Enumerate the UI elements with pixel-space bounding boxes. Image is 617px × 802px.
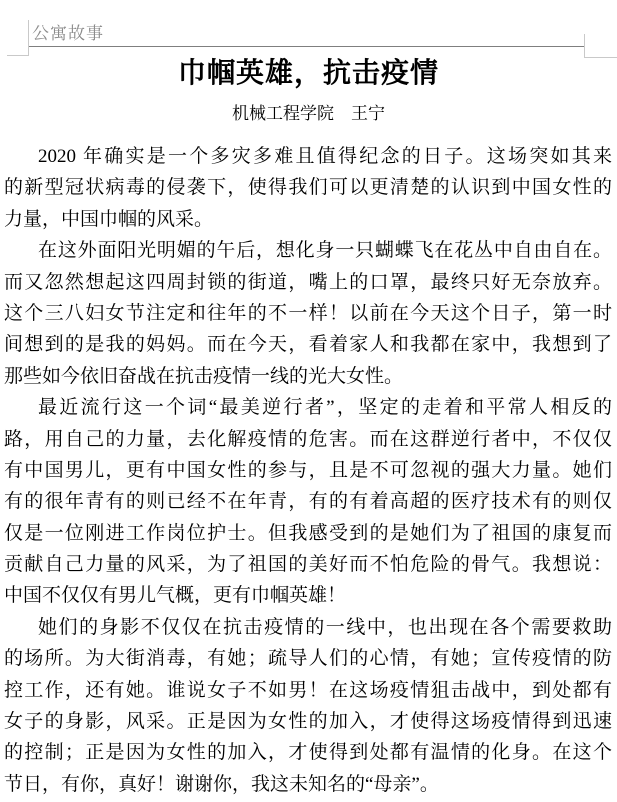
- header-rule: [28, 46, 584, 47]
- paragraph-4: 她们的身影不仅仅在抗击疫情的一线中，也出现在各个需要救助的场所。为大街消毒，有她…: [4, 612, 612, 800]
- document-body: 2020 年确实是一个多灾多难且值得纪念的日子。这场突如其来的新型冠状病毒的侵袭…: [4, 141, 612, 800]
- body-line: 路，用自己的力量，去化解疫情的危害。而在这群逆行者中，不仅仅: [4, 424, 612, 455]
- body-line: 女子的身影，风采。正是因为女性的加入，才使得这场疫情得到迅速: [4, 706, 612, 737]
- body-line: 间想到的是我的妈妈。而在今天，看着家人和我都在家中，我想到了: [4, 329, 612, 360]
- body-line: 的新型冠状病毒的侵袭下，使得我们可以更清楚的认识到中国女性的: [4, 172, 612, 203]
- paragraph-1: 2020 年确实是一个多灾多难且值得纪念的日子。这场突如其来的新型冠状病毒的侵袭…: [4, 141, 612, 235]
- body-line: 在这外面阳光明媚的午后，想化身一只蝴蝶飞在花丛中自由自在。: [4, 235, 612, 266]
- body-line: 的场所。为大街消毒，有她；疏导人们的心情，有她；宣传疫情的防: [4, 643, 612, 674]
- body-line: 2020 年确实是一个多灾多难且值得纪念的日子。这场突如其来: [4, 141, 612, 172]
- body-line: 的控制；正是因为女性的加入，才使得到处都有温情的化身。在这个: [4, 737, 612, 768]
- body-line: 贡献自己力量的风采，为了祖国的美好而不怕危险的骨气。我想说：: [4, 549, 612, 580]
- paragraph-2: 在这外面阳光明媚的午后，想化身一只蝴蝶飞在花丛中自由自在。而又忽然想起这四周封锁…: [4, 235, 612, 392]
- body-line: 力量，中国巾帼的风采。: [4, 204, 612, 235]
- margin-mark-left-vertical: [28, 20, 29, 56]
- body-line: 这个三八妇女节注定和往年的不一样！以前在今天这个日子，第一时: [4, 298, 612, 329]
- body-line: 她们的身影不仅仅在抗击疫情的一线中，也出现在各个需要救助: [4, 612, 612, 643]
- body-line: 仅是一位刚进工作岗位护士。但我感受到的是她们为了祖国的康复而: [4, 518, 612, 549]
- body-line: 最近流行这一个词“最美逆行者”，坚定的走着和平常人相反的: [4, 392, 612, 423]
- document-page: 公寓故事 巾帼英雄，抗击疫情 机械工程学院 王宁 2020 年确实是一个多灾多难…: [0, 0, 617, 802]
- document-byline: 机械工程学院 王宁: [0, 102, 617, 126]
- body-line: 而又忽然想起这四周封锁的街道，嘴上的口罩，最终只好无奈放弃。: [4, 267, 612, 298]
- body-line: 那些如今依旧奋战在抗击疫情一线的光大女性。: [4, 361, 612, 392]
- body-line: 有的很年青有的则已经不在年青，有的有着高超的医疗技术有的则仅: [4, 486, 612, 517]
- document-title: 巾帼英雄，抗击疫情: [0, 56, 617, 92]
- body-line: 中国不仅仅有男儿气概，更有巾帼英雄！: [4, 580, 612, 611]
- body-line: 节日，有你，真好！谢谢你，我这未知名的“母亲”。: [4, 769, 612, 800]
- body-line: 有中国男儿，更有中国女性的参与，且是不可忽视的强大力量。她们: [4, 455, 612, 486]
- paragraph-3: 最近流行这一个词“最美逆行者”，坚定的走着和平常人相反的路，用自己的力量，去化解…: [4, 392, 612, 612]
- body-line: 控工作，还有她。谁说女子不如男！在这场疫情狙击战中，到处都有: [4, 675, 612, 706]
- page-header-text: 公寓故事: [32, 24, 104, 44]
- margin-mark-right-vertical: [584, 34, 585, 57]
